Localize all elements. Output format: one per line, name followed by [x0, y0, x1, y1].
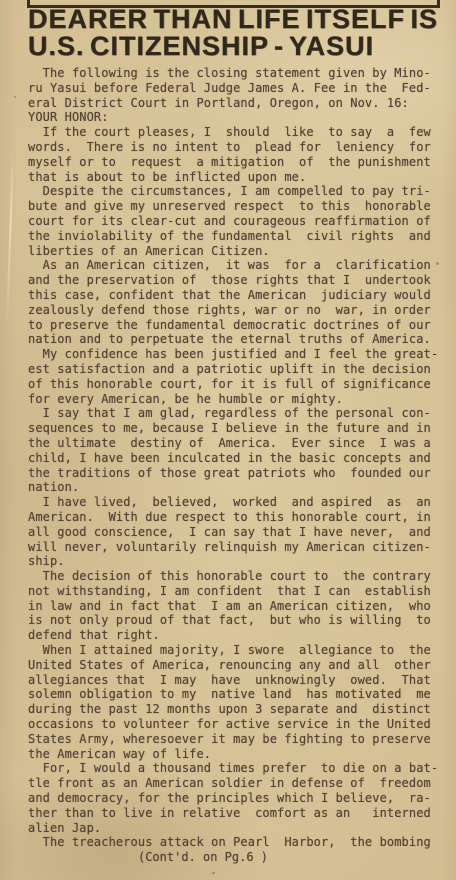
body-line: for every American, be he humble or migh… — [28, 392, 438, 407]
body-line: nation. — [28, 480, 438, 495]
body-line: bute and give my unreserved respect to t… — [28, 199, 438, 214]
body-line: will never, voluntarily relinquish my Am… — [28, 540, 438, 555]
body-line: allegiances that I may have unknowingly … — [28, 673, 438, 688]
body-line: States Army, wheresoever it may be fight… — [28, 732, 438, 747]
body-line: child, I have been inculcated in the bas… — [28, 451, 438, 466]
body-line: ship. — [28, 554, 438, 569]
body-line: I say that I am glad, regardless of the … — [28, 406, 438, 421]
body-line: The treacherous attack on Pearl Harbor, … — [28, 835, 438, 850]
body-line: is not only proud of that fact, but who … — [28, 613, 438, 628]
body-line: The decision of this honorable court to … — [28, 569, 438, 584]
body-line: tle front as an American soldier in defe… — [28, 776, 438, 791]
body-line: of this honorable court, for it is full … — [28, 377, 438, 392]
article-headline: DEARER THAN LIFE ITSELF IS U.S. CITIZENS… — [28, 6, 440, 60]
body-line: When I attained majority, I swore allegi… — [28, 643, 438, 658]
body-line: ther than to live in relative comfort as… — [28, 806, 438, 821]
body-line: the traditions of those great patriots w… — [28, 466, 438, 481]
ink-speck — [14, 96, 16, 98]
body-line: this case, confident that the American j… — [28, 288, 438, 303]
body-line: the inviolability of the fundamental civ… — [28, 229, 438, 244]
body-lines: The following is the closing statement g… — [28, 66, 438, 850]
body-line: If the court pleases, I should like to s… — [28, 125, 438, 140]
paper-crease — [6, 150, 14, 330]
body-line: all good conscience, I can say that I ha… — [28, 525, 438, 540]
ink-speck — [212, 872, 215, 874]
body-line: that is about to be inflicted upon me. — [28, 170, 438, 185]
body-line: the ultimate destiny of America. Ever si… — [28, 436, 438, 451]
body-line: during the past 12 months upon 3 separat… — [28, 702, 438, 717]
headline-line-2: U.S. CITIZENSHIP - YASUI — [28, 33, 440, 60]
body-line: United States of America, renouncing any… — [28, 658, 438, 673]
headline-line-1: DEARER THAN LIFE ITSELF IS — [28, 6, 440, 33]
body-line: solemn obligation to my native land has … — [28, 687, 438, 702]
body-line: not withstanding, I am confident that I … — [28, 584, 438, 599]
newspaper-clipping-page: DEARER THAN LIFE ITSELF IS U.S. CITIZENS… — [0, 0, 456, 880]
body-line: and democracy, for the principles which … — [28, 791, 438, 806]
body-line: ru Yasui before Federal Judge James A. F… — [28, 81, 438, 96]
body-line: As an American citizen, it was for a cla… — [28, 258, 438, 273]
body-line: the American way of life. — [28, 747, 438, 762]
body-line: zealously defend those rights, war or no… — [28, 303, 438, 318]
body-line: in law and in fact that I am an American… — [28, 599, 438, 614]
body-line: to preserve the fundamental democratic d… — [28, 318, 438, 333]
continuation-note: (Cont'd. on Pg.6 ) — [28, 850, 438, 865]
body-line: My confidence has been justified and I f… — [28, 347, 438, 362]
body-line: I have lived, believed, worked and aspir… — [28, 495, 438, 510]
body-line: nation and to perpetuate the eternal tru… — [28, 332, 438, 347]
body-line: defend that right. — [28, 628, 438, 643]
body-line: sequences to me, because I believe in th… — [28, 421, 438, 436]
body-line: For, I would a thousand times prefer to … — [28, 761, 438, 776]
body-line: eral District Court in Portland, Oregon,… — [28, 96, 438, 111]
body-line: alien Jap. — [28, 821, 438, 836]
body-line: court for its clear-cut and courageous r… — [28, 214, 438, 229]
body-line: occasions to volunteer for active servic… — [28, 717, 438, 732]
ink-speck — [436, 262, 439, 265]
body-line: est satisfaction and a patriotic uplift … — [28, 362, 438, 377]
body-line: words. There is no intent to plead for l… — [28, 140, 438, 155]
body-line: Despite the circumstances, I am compelle… — [28, 184, 438, 199]
body-line: YOUR HONOR: — [28, 110, 438, 125]
body-line: and the preservation of those rights tha… — [28, 273, 438, 288]
article-body: The following is the closing statement g… — [28, 66, 438, 865]
body-line: liberties of an American Citizen. — [28, 244, 438, 259]
body-line: The following is the closing statement g… — [28, 66, 438, 81]
body-line: myself or to request a mitigation of the… — [28, 155, 438, 170]
body-line: American. With due respect to this honor… — [28, 510, 438, 525]
